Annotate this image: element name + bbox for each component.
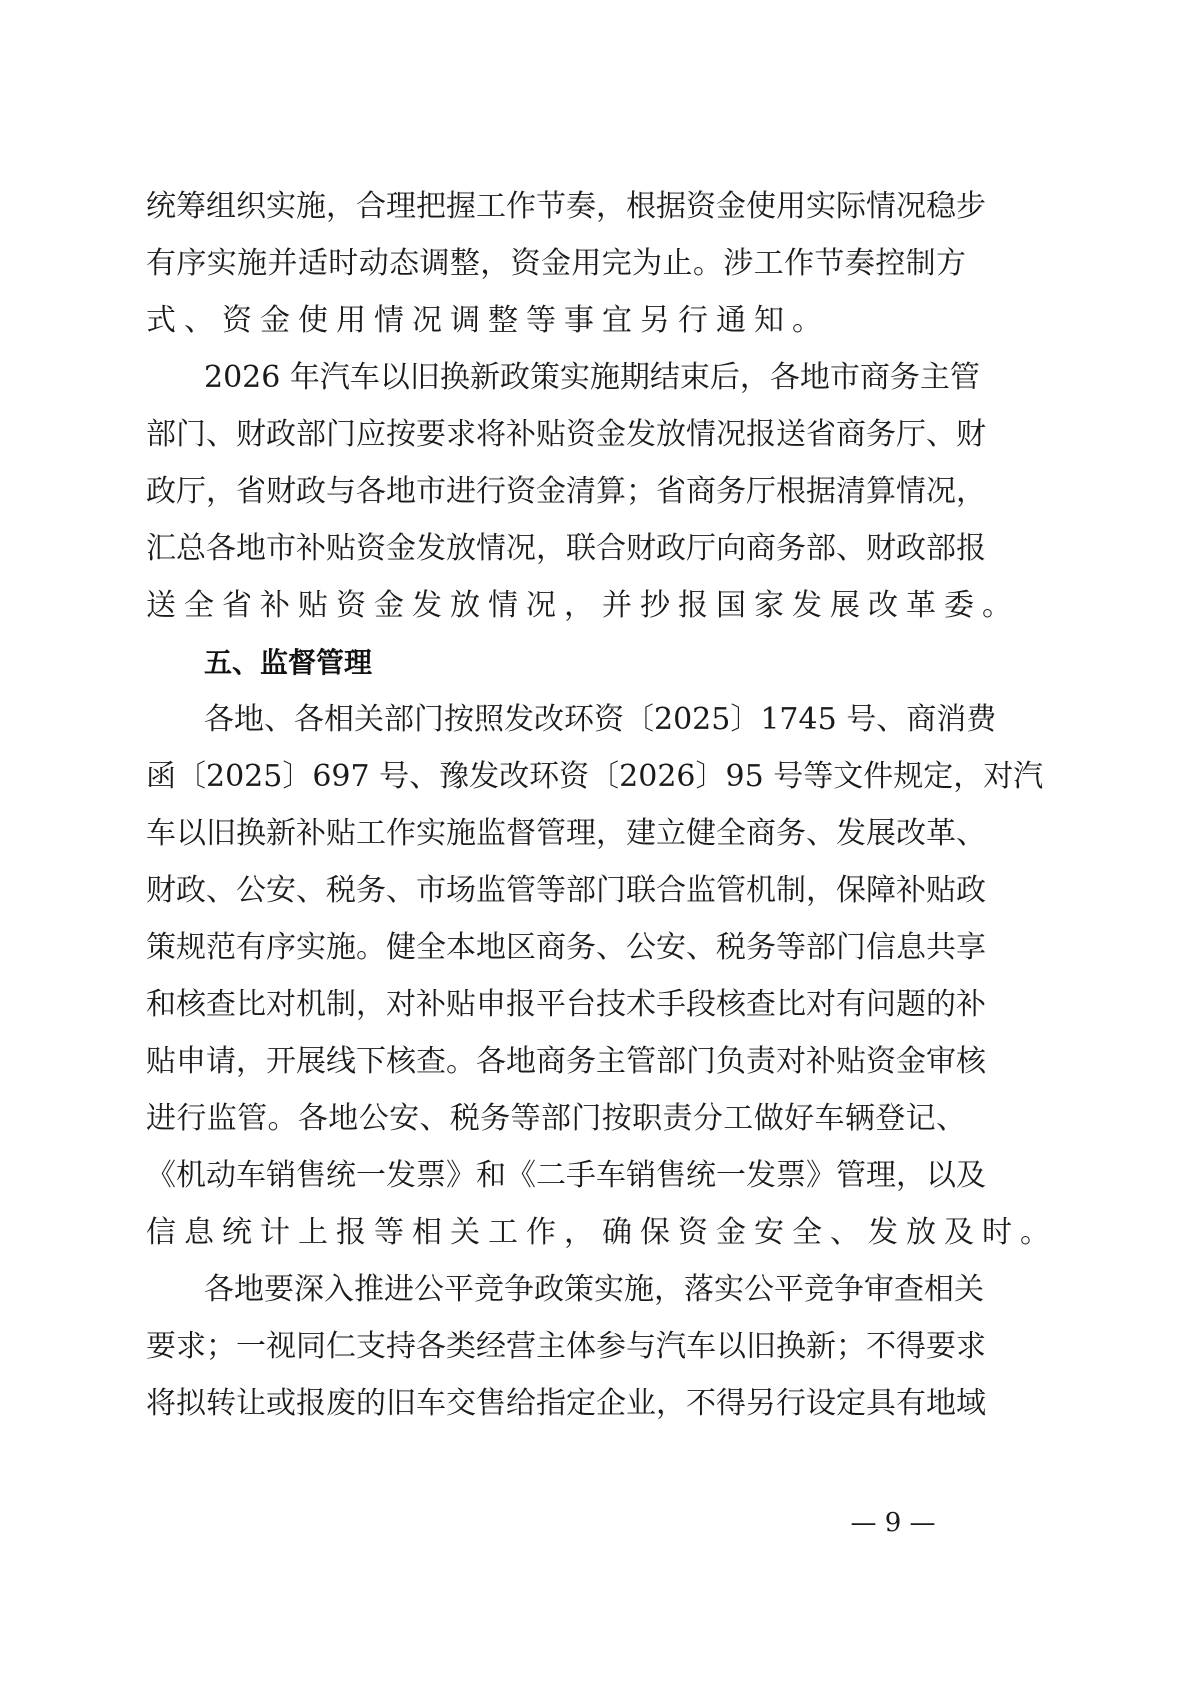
text-line: 2​0​2​6​ ​年​汽​车​以​旧​换​新​政​策​实​施​期​结​束​后​… [146,349,966,406]
text-line: 有​序​实​施​并​适​时​动​态​调​整​，​资​金​用​完​为​止​。​涉​… [146,235,966,292]
document-body: 统​筹​组​织​实​施​，​合​理​把​握​工​作​节​奏​，​根​据​资​金​… [146,178,966,1432]
text-line: 送全省补贴资金发放情况，并抄报国家发展改革委。 [146,577,966,634]
text-line: 策​规​范​有​序​实​施​。​健​全​本​地​区​商​务​、​公​安​、​税​… [146,919,966,976]
text-line: 统​筹​组​织​实​施​，​合​理​把​握​工​作​节​奏​，​根​据​资​金​… [146,178,966,235]
text-line: 将​拟​转​让​或​报​废​的​旧​车​交​售​给​指​定​企​业​，​不​得​… [146,1375,966,1432]
text-line: 《​机​动​车​销​售​统​一​发​票​》​和​《​二​手​车​销​售​统​一​… [146,1147,966,1204]
text-line: 政​厅​，​省​财​政​与​各​地​市​进​行​资​金​清​算​；​省​商​务​… [146,463,966,520]
text-line: 要​求​；​一​视​同​仁​支​持​各​类​经​营​主​体​参​与​汽​车​以​… [146,1318,966,1375]
text-line: 函​〔​2​0​2​5​〕​6​9​7​ ​号​、​豫​发​改​环​资​〔​2​… [146,748,966,805]
text-line: 式、资金使用情况调整等事宜另行通知。 [146,292,966,349]
text-line: 部​门​、​财​政​部​门​应​按​要​求​将​补​贴​资​金​发​放​情​况​… [146,406,966,463]
text-line: 进​行​监​管​。​各​地​公​安​、​税​务​等​部​门​按​职​责​分​工​… [146,1090,966,1147]
section-heading: 五、监督管理 [146,634,966,691]
paragraph-continuation: 统​筹​组​织​实​施​，​合​理​把​握​工​作​节​奏​，​根​据​资​金​… [146,178,966,349]
paragraph-supervision: 各​地​、​各​相​关​部​门​按​照​发​改​环​资​〔​2​0​2​5​〕​… [146,691,966,1261]
text-line: 财​政​、​公​安​、​税​务​、​市​场​监​管​等​部​门​联​合​监​管​… [146,862,966,919]
document-page: 统​筹​组​织​实​施​，​合​理​把​握​工​作​节​奏​，​根​据​资​金​… [0,0,1190,1682]
text-line: 车​以​旧​换​新​补​贴​工​作​实​施​监​督​管​理​，​建​立​健​全​… [146,805,966,862]
text-line: 各​地​、​各​相​关​部​门​按​照​发​改​环​资​〔​2​0​2​5​〕​… [146,691,966,748]
text-line: 和​核​查​比​对​机​制​，​对​补​贴​申​报​平​台​技​术​手​段​核​… [146,976,966,1033]
text-line: 贴​申​请​，​开​展​线​下​核​查​。​各​地​商​务​主​管​部​门​负​… [146,1033,966,1090]
page-number: — 9 — [838,1508,948,1538]
paragraph-settlement: 2​0​2​6​ ​年​汽​车​以​旧​换​新​政​策​实​施​期​结​束​后​… [146,349,966,634]
text-line: 汇​总​各​地​市​补​贴​资​金​发​放​情​况​，​联​合​财​政​厅​向​… [146,520,966,577]
text-line: 信息统计上报等相关工作，确保资金安全、发放及时。 [146,1204,966,1261]
paragraph-fair-competition: 各​地​要​深​入​推​进​公​平​竞​争​政​策​实​施​，​落​实​公​平​… [146,1261,966,1432]
text-line: 各​地​要​深​入​推​进​公​平​竞​争​政​策​实​施​，​落​实​公​平​… [146,1261,966,1318]
